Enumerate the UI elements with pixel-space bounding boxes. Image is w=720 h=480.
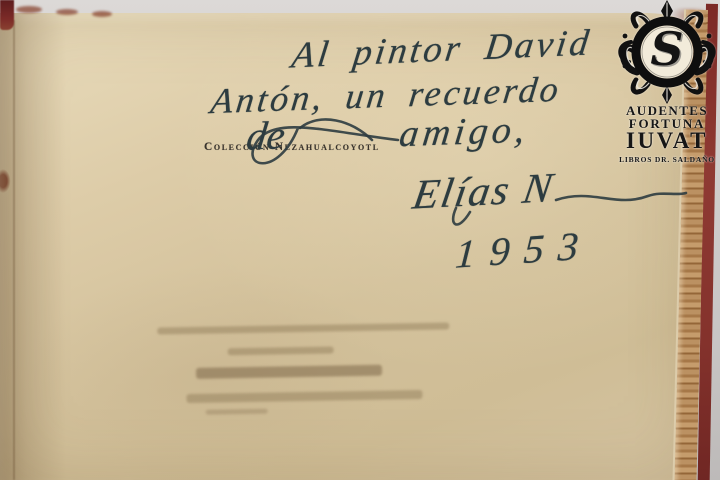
dedication-line-3-word-de: de (244, 111, 288, 159)
foxing-spot (56, 9, 78, 15)
bookseller-watermark: S AUDENTES FORTUNA IUVAT LIBROS DR. SALD… (614, 0, 720, 174)
gutter-shadow (0, 13, 78, 480)
show-through-line (206, 409, 268, 415)
page-crease (13, 20, 15, 480)
author-signature: Elías N (409, 164, 557, 219)
dedication-year: 1953 (454, 221, 594, 277)
book-photo: Colección Nezahualcoyotl Al pintor David… (0, 0, 720, 480)
show-through-line (196, 365, 382, 379)
show-through-line (228, 346, 334, 355)
verso-show-through (149, 317, 461, 422)
foxing-spot (16, 6, 42, 13)
red-spine-corner (0, 0, 14, 30)
motto-line-iuvat: IUVAT (614, 128, 720, 154)
collection-title: Colección Nezahualcoyotl (204, 141, 380, 153)
show-through-line (157, 322, 449, 334)
show-through-line (186, 390, 422, 403)
monogram-letter: S (614, 26, 720, 72)
bookseller-name: LIBROS DR. SALDAÑO (614, 155, 720, 164)
foxing-spot (92, 11, 112, 17)
dedication-line-3-word-amigo: amigo, (397, 108, 532, 156)
